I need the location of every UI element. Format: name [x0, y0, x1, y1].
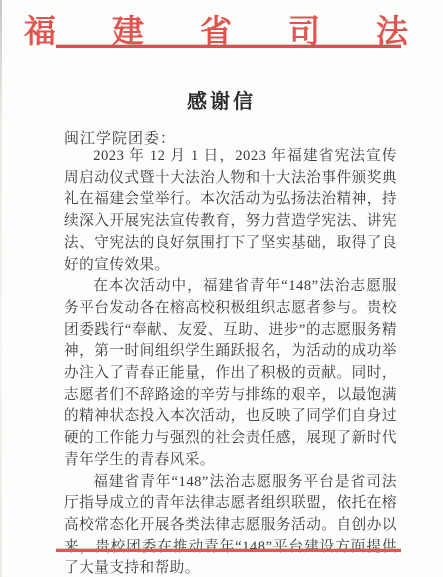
- footer-rule: [56, 549, 401, 552]
- document-title: 感谢信: [0, 85, 443, 114]
- salutation: 闽江学院团委：: [64, 127, 176, 148]
- letter-body: 2023 年 12 月 1 日，2023 年福建省宪法宣传周启动仪式暨十大法治人…: [64, 146, 397, 577]
- paragraph-2: 在本次活动中，福建省青年“148”法治志愿服务平台发动各在榕高校积极组织志愿者参…: [64, 276, 397, 471]
- letterhead-rule: [56, 45, 401, 48]
- paragraph-3: 福建省青年“148”法治志愿服务平台是省司法厅指导成立的青年法律志愿者组织联盟，…: [64, 472, 397, 577]
- scanned-letter-page: 福 建 省 司 法 厅 感谢信 闽江学院团委： 2023 年 12 月 1 日，…: [0, 0, 443, 577]
- paragraph-1: 2023 年 12 月 1 日，2023 年福建省宪法宣传周启动仪式暨十大法治人…: [64, 146, 397, 276]
